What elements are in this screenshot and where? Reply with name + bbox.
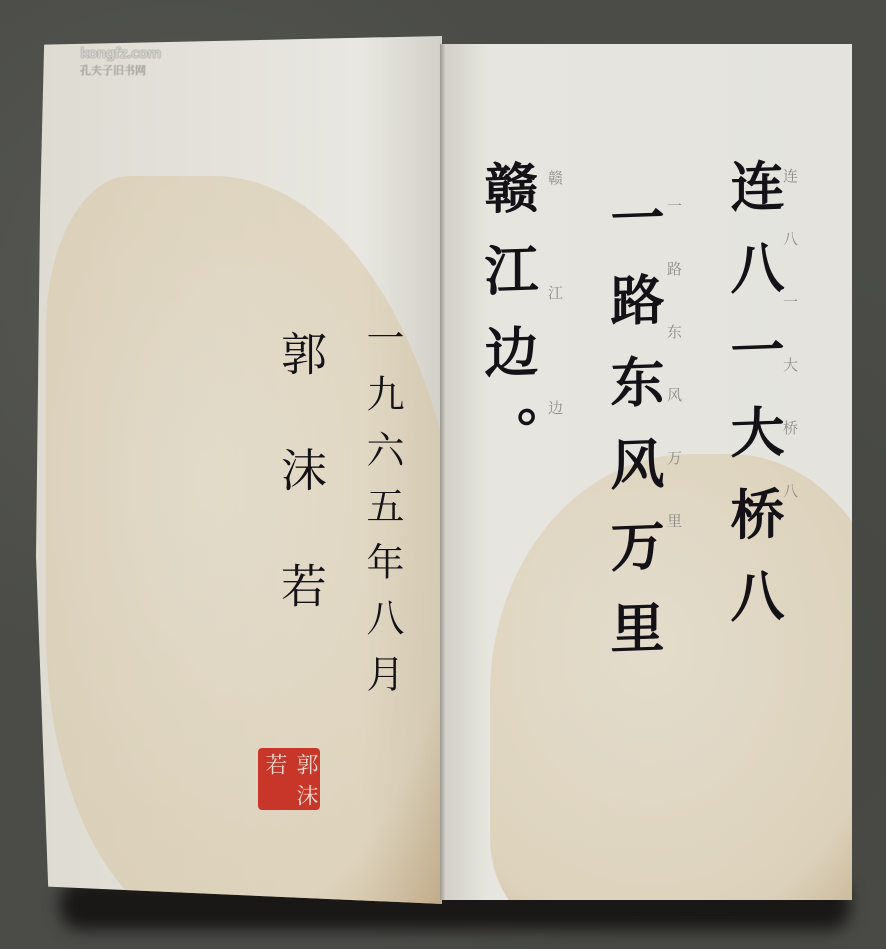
seal-char: 沫 xyxy=(289,779,320,810)
seal-char: 郭 xyxy=(289,748,320,779)
watermark-logo: kongfz.com xyxy=(80,46,161,62)
calligraphy-column-3: 赣江边。 xyxy=(470,159,547,490)
seal-char: 若 xyxy=(258,748,289,779)
pencil-annotation-column-2: 一路东风万里 xyxy=(664,198,685,576)
watermark: kongfz.com 孔夫子旧书网 xyxy=(80,46,161,78)
red-seal: 郭 沫 若 xyxy=(258,748,320,810)
calligraphy-column-2: 一路东风万里 xyxy=(596,189,673,684)
pencil-annotation-column-3: 赣江边 xyxy=(545,170,566,515)
pencil-annotation-column-1: 连八一大桥八 xyxy=(780,168,801,546)
watermark-text: 孔夫子旧书网 xyxy=(80,64,146,77)
signature: 郭沫若 xyxy=(268,330,334,678)
book-spine xyxy=(440,44,446,900)
date-inscription: 一九六五年八月 xyxy=(355,318,410,710)
